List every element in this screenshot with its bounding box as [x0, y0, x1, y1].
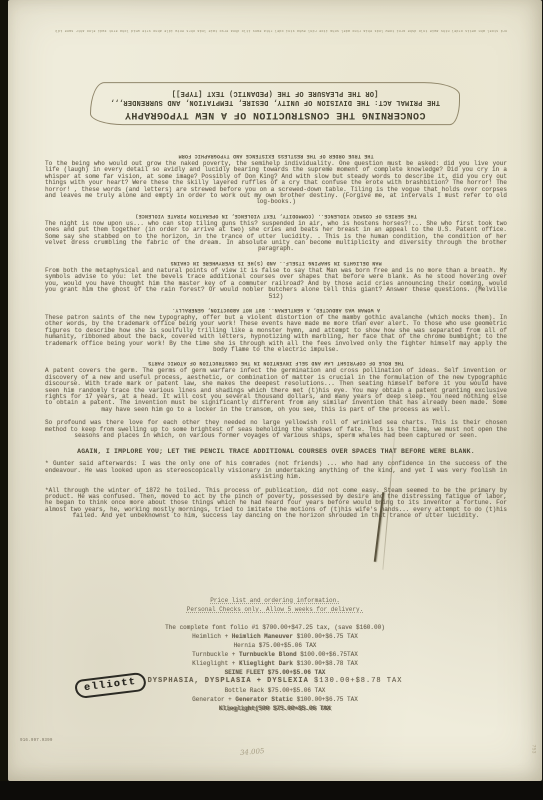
section-header: THE ROLE OF COPYRIGHT LAW AND SELF INVEN… [45, 360, 507, 366]
phone-number: 916.997.9399 [20, 739, 53, 743]
item-name-bold: DYSPHASIA, DYSPLASIA + DYSLEXIA [148, 677, 309, 685]
paragraph: The night is now upon us... who can stop… [45, 221, 507, 253]
title-line-3: [OR THE PLEASURE OF THE (PEDANTIC) TEXT … [99, 88, 451, 97]
scan-edge-left [0, 0, 8, 781]
price-line: Klieglight + Klieglight Dark $130.00+$8.… [8, 659, 542, 668]
item-name-bold: Klieglight Dark [239, 660, 293, 667]
paragraph: A patent covers the germ. The germs of g… [45, 368, 507, 413]
section-header: THE SERIES OF COSMIC VIOLENCE.. (COMMODI… [45, 213, 507, 219]
pencil-annotation: 34.005 [240, 747, 265, 757]
paragraph: To the being who would out grow the nake… [45, 161, 507, 206]
item-name: Hernia [234, 642, 259, 649]
paragraph: From both the metaphysical and natural p… [45, 268, 507, 300]
order-intro-line: Price list and ordering information. [8, 596, 542, 605]
paragraph: These patron saints of the new typograph… [45, 315, 507, 353]
price-line: The complete font folio #1 $700.00+$47.2… [8, 623, 542, 632]
item-price: $100.00+$6.75 TAX [293, 633, 358, 640]
price-line: Heimlich + Heimlich Maneuver $100.00+$6.… [8, 632, 542, 641]
price-line-overstruck: Klieglight(500 $75.00+$5.06 TAX [8, 704, 542, 713]
item-name: Heimlich + [192, 633, 232, 640]
price-line: SEINE FLEET $75.00+$5.06 TAX [8, 668, 542, 677]
item-price: $130.00+$8.78 TAX [309, 677, 403, 685]
corner-pencil-mark: 753 [531, 744, 537, 753]
footnote-paragraph: *All through the winter of 1872 he toile… [45, 488, 507, 520]
title-line-2: THE PRIMAL ACT: THE DIVISION OF UNITY, D… [99, 97, 451, 108]
item-name: Generator + [192, 696, 235, 703]
item-price: $75.00+$5.06 TAX [264, 669, 325, 676]
item-name: The complete font folio #1 [165, 624, 262, 631]
footnote-paragraph: * Gunter said afterwards: I was the only… [45, 461, 507, 480]
section-header: THE TRUE ORDER OF THE RESTLESS EXISTENCE… [45, 153, 507, 159]
item-price: $75.00+$5.06 TAX [270, 705, 331, 712]
item-name: Klieglight + [192, 660, 239, 667]
item-name: Klieglight(500 [219, 705, 269, 712]
section-header: MAN DELIGHTS IN SHAPING ITSELF.. AND (S)… [45, 260, 507, 266]
item-price: $700.00+$47.25 tax, (save $160.00) [262, 624, 384, 631]
item-price: $130.00+$8.78 TAX [293, 660, 358, 667]
item-name-bold: Turnbuckle Blond [239, 651, 297, 658]
implore-header: AGAIN, I IMPLORE YOU; LET THE PENCIL TRA… [45, 448, 507, 455]
item-name-bold: Heimlich Maneuver [232, 633, 293, 640]
scanned-page: nrd stoel whn aetis ordel nths awie tnlo… [8, 0, 542, 781]
microprint-colophon-line: nrd stoel whn aetis ordel nths awie tnlo… [55, 27, 507, 33]
item-price: $100.00+$6.75TAX [297, 651, 358, 658]
price-line: Turnbuckle + Turnbuckle Blond $100.00+$6… [8, 650, 542, 659]
paragraph: So profound was there love for each othe… [45, 420, 507, 439]
item-price: $100.00+$6.75 TAX [293, 696, 358, 703]
item-price: $75.00+$5.06 TAX [268, 687, 326, 694]
title-line-1: CONCERNING THE CONSTRUCTION OF A NEW TYP… [99, 108, 451, 121]
item-name-bold: Generator Static [235, 696, 293, 703]
item-name: Turnbuckle + [192, 651, 239, 658]
order-intro-line: Personal Checks only. Allow 5 weeks for … [8, 605, 542, 614]
title-block: CONCERNING THE CONSTRUCTION OF A NEW TYP… [90, 82, 460, 125]
scan-edge-bottom [0, 781, 543, 800]
price-line: Hernia $75.00+$5.06 TAX [8, 641, 542, 650]
item-name: Bottle Rack [225, 687, 268, 694]
item-name-bold: SEINE FLEET [225, 669, 265, 676]
price-list: The complete font folio #1 $700.00+$47.2… [8, 623, 542, 713]
essay-column: THE TRUE ORDER OF THE RESTLESS EXISTENCE… [45, 148, 507, 527]
item-price: $75.00+$5.06 TAX [259, 642, 317, 649]
section-header: A WOMAN WAS ABDUCTED, A GENTLEMAN.. BUT … [45, 307, 507, 313]
